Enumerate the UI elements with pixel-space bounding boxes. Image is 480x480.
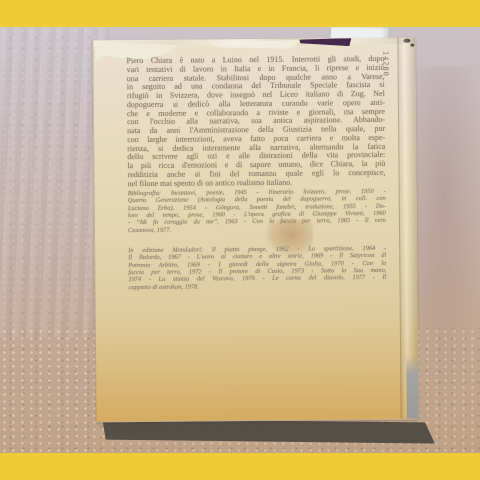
page-block-edge xyxy=(406,356,419,419)
text-line: nel filone mai spento di un antico reali… xyxy=(128,177,386,188)
bottom-frame-bar xyxy=(0,453,480,480)
text-line: Casanova, 1977. xyxy=(128,225,386,235)
text-line: cappotto di astrakan, 1978. xyxy=(128,282,386,292)
listing-photo: 14200 Piero Chiara è nato a Luino nel 19… xyxy=(0,0,480,480)
jacket-tear xyxy=(299,38,351,46)
book-back-cover: 14200 Piero Chiara è nato a Luino nel 19… xyxy=(92,38,418,423)
bibliography-paragraph: Bibliografia: Incantavi, poesie, 1945 - … xyxy=(128,188,386,234)
author-bio-paragraph: Piero Chiara è nato a Luino nel 1915. In… xyxy=(126,55,385,188)
mondadori-editions-paragraph: In edizione Mondadori: Il piatto piange,… xyxy=(128,245,386,291)
photo-background-surface: 14200 Piero Chiara è nato a Luino nel 19… xyxy=(0,27,480,453)
top-frame-bar xyxy=(0,0,480,27)
